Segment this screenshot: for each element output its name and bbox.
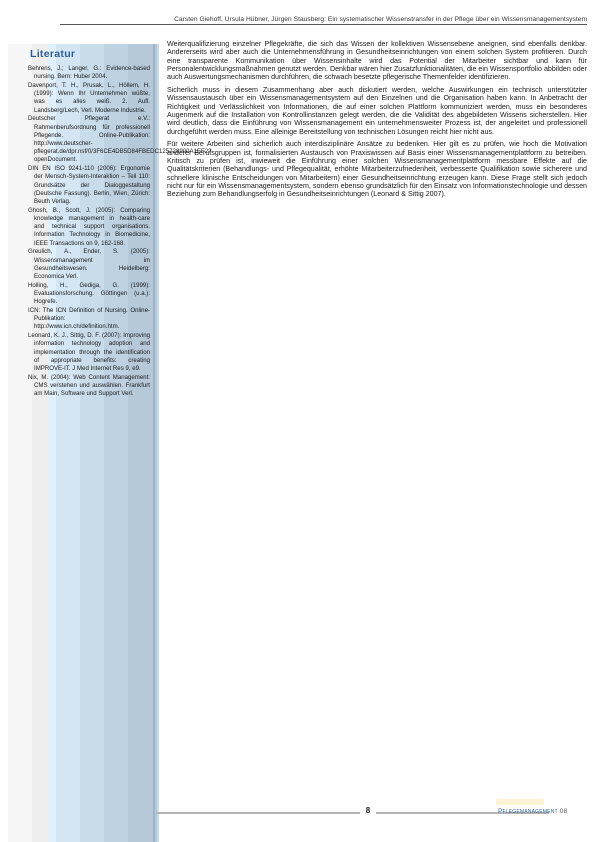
page-number: 8 [360, 806, 376, 817]
publication-issue: 08 [560, 808, 568, 815]
publication-title: Pflegemanagement [498, 808, 558, 815]
reference-item: Behrens, J.; Langer, G.: Evidence-based … [28, 65, 150, 81]
reference-item: Holling, H., Gediga, G. (1999): Evaluati… [28, 282, 150, 307]
reference-item: DIN EN ISO 9241-110 (2006): Ergonomie de… [28, 165, 150, 206]
references-sidebar: Literatur Behrens, J.; Langer, G.: Evide… [8, 44, 159, 842]
running-header: Carsten Giehoff, Ursula Hübner, Jürgen S… [60, 16, 587, 25]
paragraph: Weiterqualifizierung einzelner Pflegekrä… [167, 40, 587, 82]
reference-item: Ghosh, B., Scott, J. (2005): Comparing k… [28, 207, 150, 248]
reference-item: Leonard, K. J., Sittig, D. F. (2007): Im… [28, 332, 150, 373]
paragraph: Für weitere Arbeiten sind sicherlich auc… [167, 140, 587, 198]
publication-name: Pflegemanagement 08 [498, 808, 567, 815]
footer-rule [156, 812, 549, 814]
reference-item: Greulich, A., Ender, S. (2005): Wissensm… [28, 248, 150, 281]
reference-list: Behrens, J.; Langer, G.: Evidence-based … [28, 65, 150, 399]
references-heading: Literatur [30, 48, 75, 60]
reference-item: Davenport, T. H., Prusak, L., Höllem, H.… [28, 82, 150, 115]
footer-accent-bar [496, 799, 544, 805]
paragraph: Sicherlich muss in diesem Zusammenhang a… [167, 86, 587, 136]
reference-item: Deutscher Pflegerat e.V.: Rahmenberufsor… [28, 115, 150, 164]
reference-item: ICN: The ICN Definition of Nursing. Onli… [28, 307, 150, 332]
reference-item: Nix, M. (2004): Web Content Management: … [28, 374, 150, 399]
body-text: Weiterqualifizierung einzelner Pflegekrä… [167, 40, 587, 203]
